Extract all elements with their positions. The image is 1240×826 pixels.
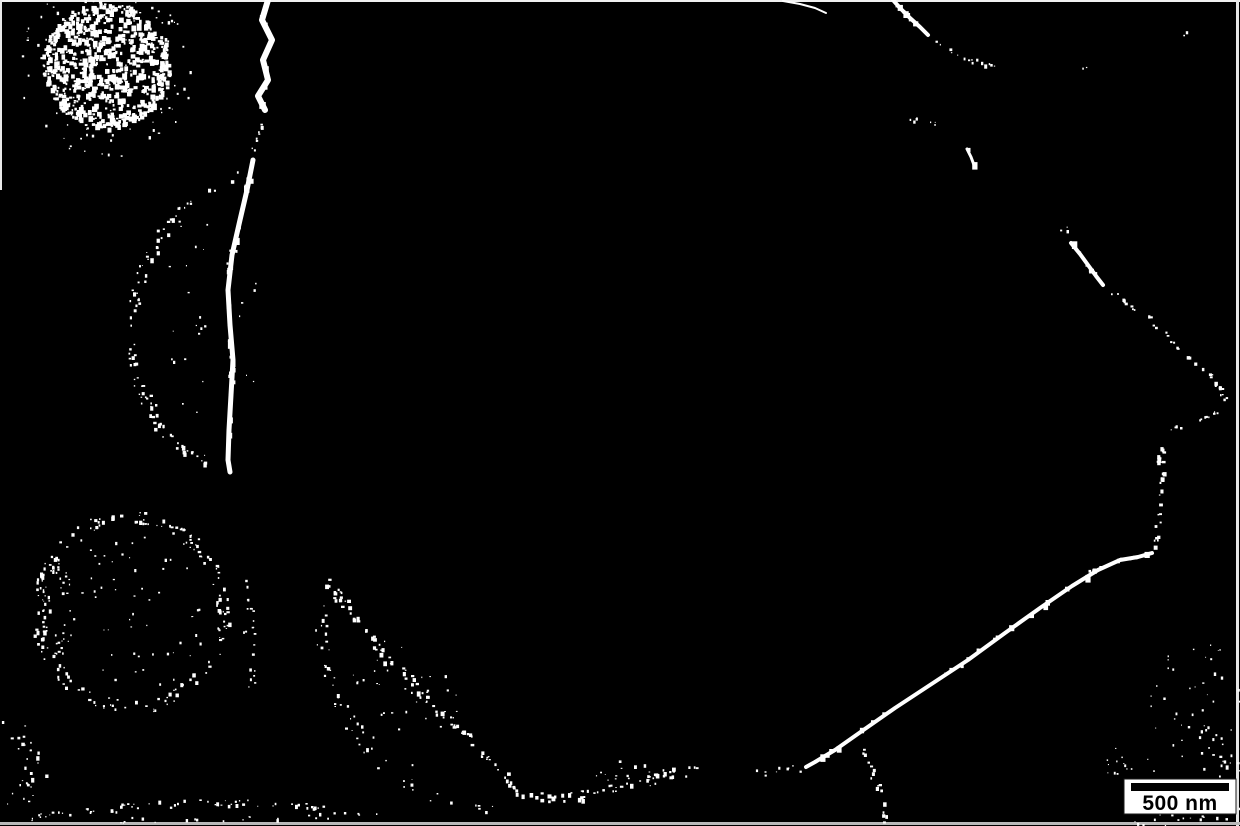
- scale-bar-line: [1131, 783, 1229, 791]
- background: [0, 0, 1240, 826]
- scale-bar: 500 nm: [1124, 779, 1236, 815]
- border-left: [0, 0, 2, 190]
- scale-bar-label: 500 nm: [1142, 792, 1217, 815]
- micrograph: 500 nm: [0, 0, 1240, 826]
- border-right: [1236, 0, 1239, 826]
- micrograph-canvas: 500 nm: [0, 0, 1240, 826]
- border-top: [0, 0, 1240, 2]
